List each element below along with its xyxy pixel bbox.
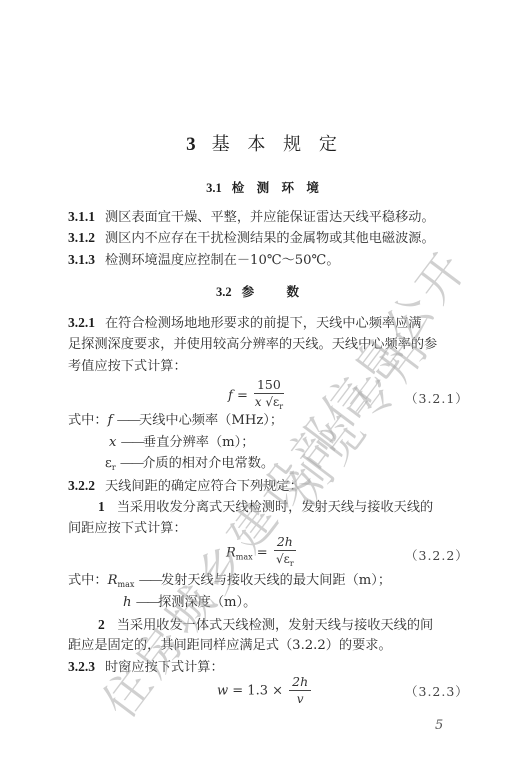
page-number: 5 [435, 718, 443, 733]
item-2-line1: 2当采用收发一体式天线检测，发射天线与接收天线的间 [98, 616, 433, 635]
item-1-line2: 间距应按下式计算： [68, 520, 187, 538]
where-f: 式中：f ——天线中心频率（MHz）； [68, 412, 283, 430]
section-title-text: 检 测 环 境 [232, 180, 323, 195]
clause-text: 天线间距的确定应符合下列规定： [105, 479, 303, 494]
clause-3-2-1-line3: 考值应按下式计算： [68, 358, 187, 376]
symbol: x [109, 435, 116, 450]
fraction: 150x √εr [254, 378, 284, 414]
clause-3-1-1: 3.1.1测区表面宜干燥、平整，并应能保证雷达天线平稳移动。 [68, 208, 435, 227]
numerator: 150 [254, 378, 284, 394]
chapter-title: 3基 本 规 定 [0, 130, 529, 156]
subscript: max [118, 580, 135, 589]
dash: —— [136, 595, 158, 610]
item-1-line1: 1当采用收发分离式天线检测时，发射天线与接收天线的 [98, 498, 433, 517]
clause-3-2-1-line1: 3.2.1在符合检测场地地形要求的前提下，天线中心频率应满 [68, 314, 422, 333]
subscript: r [279, 402, 283, 411]
item-number: 2 [98, 617, 105, 632]
chapter-number: 3 [186, 134, 202, 155]
formula-3-2-3: w = 1.3 × 2hv [217, 675, 313, 707]
dash: —— [120, 456, 142, 471]
sqrt-epsilon: √ε [276, 552, 290, 566]
clause-3-1-3: 3.1.3检测环境温度应控制在－10℃～50℃。 [68, 251, 340, 270]
denominator: v [297, 691, 304, 707]
desc: 垂直分辨率（m）； [143, 435, 254, 450]
symbol: ε [105, 456, 112, 471]
equation-number-3-2-2: （3.2.2） [405, 546, 469, 564]
denominator: √εr [276, 551, 294, 571]
chapter-title-text: 基 本 规 定 [212, 134, 343, 155]
clause-number: 3.2.2 [68, 478, 95, 493]
section-number: 3.1 [206, 181, 222, 195]
where-prefix: 式中： [68, 573, 108, 588]
sqrt-epsilon: √ε [265, 395, 279, 409]
section-title-3-1: 3.1检 测 环 境 [0, 178, 529, 196]
clause-text: 在符合检测场地地形要求的前提下，天线中心频率应满 [105, 316, 422, 331]
symbol: h [123, 595, 132, 610]
where-x: x ——垂直分辨率（m）； [109, 434, 254, 452]
desc: 介质的相对介电常数。 [142, 456, 274, 471]
equation-number-3-2-3: （3.2.3） [405, 682, 469, 700]
clause-text: 检测环境温度应控制在－10℃～50℃。 [105, 253, 340, 268]
item-2-line2: 距应是固定的，其间距同样应满足式（3.2.2）的要求。 [68, 637, 392, 655]
clause-number: 3.1.1 [68, 209, 95, 224]
document-page: 3基 本 规 定 3.1检 测 环 境 3.1.1测区表面宜干燥、平整，并应能保… [0, 0, 529, 766]
den-var: x [255, 395, 262, 409]
dash: —— [139, 573, 161, 588]
where-epsilon: εr ——介质的相对介电常数。 [105, 455, 274, 477]
subscript: max [236, 553, 253, 562]
clause-3-2-2: 3.2.2天线间距的确定应符合下列规定： [68, 477, 303, 496]
clause-3-2-3: 3.2.3时窗应按下式计算： [68, 658, 224, 677]
clause-text: 时窗应按下式计算： [105, 660, 224, 675]
symbol: f [108, 413, 113, 428]
clause-text: 测区表面宜干燥、平整，并应能保证雷达天线平稳移动。 [105, 210, 435, 225]
section-title-3-2: 3.2参 数 [0, 282, 529, 300]
desc: 天线中心频率（MHz）； [139, 413, 283, 428]
section-title-text: 参 数 [242, 284, 313, 299]
subscript: r [290, 559, 294, 568]
desc: 发射天线与接收天线的最大间距（m）； [161, 573, 391, 588]
clause-text: 测区内不应存在干扰检测结果的金属物或其他电磁波源。 [105, 231, 435, 246]
fraction: 2hv [289, 675, 311, 707]
formula-3-2-2: Rmax = 2h√εr [226, 535, 298, 571]
where-h: h ——探测深度（m）。 [123, 594, 256, 612]
clause-3-2-1-line2: 足探测深度要求，并使用较高分辨率的天线。天线中心频率的参 [68, 336, 437, 354]
dash: —— [117, 413, 139, 428]
item-text: 当采用收发一体式天线检测，发射天线与接收天线的间 [117, 618, 434, 633]
numerator: 2h [274, 535, 296, 551]
item-number: 1 [98, 499, 105, 514]
numerator: 2h [289, 675, 311, 691]
dash: —— [121, 435, 143, 450]
formula-lhs: w [217, 684, 228, 699]
equation-number-3-2-1: （3.2.1） [405, 389, 469, 407]
fraction: 2h√εr [274, 535, 296, 571]
subscript: r [112, 463, 116, 472]
desc: 探测深度（m）。 [158, 595, 256, 610]
formula-3-2-1: f = 150x √εr [228, 378, 286, 414]
clause-3-1-2: 3.1.2测区内不应存在干扰检测结果的金属物或其他电磁波源。 [68, 229, 435, 248]
clause-number: 3.2.1 [68, 315, 95, 330]
where-rmax: 式中：Rmax ——发射天线与接收天线的最大间距（m）； [68, 572, 391, 594]
clause-number: 3.1.3 [68, 252, 95, 267]
formula-lhs: R [226, 546, 236, 561]
formula-eq: = 1.3 × [228, 684, 287, 699]
formula-eq: = [233, 389, 252, 404]
clause-number: 3.2.3 [68, 659, 95, 674]
section-number: 3.2 [216, 285, 232, 299]
clause-number: 3.1.2 [68, 230, 95, 245]
denominator: x √εr [255, 394, 283, 414]
formula-eq: = [253, 546, 272, 561]
symbol: R [108, 573, 118, 588]
item-text: 当采用收发分离式天线检测时，发射天线与接收天线的 [117, 500, 434, 515]
where-prefix: 式中： [68, 413, 108, 428]
